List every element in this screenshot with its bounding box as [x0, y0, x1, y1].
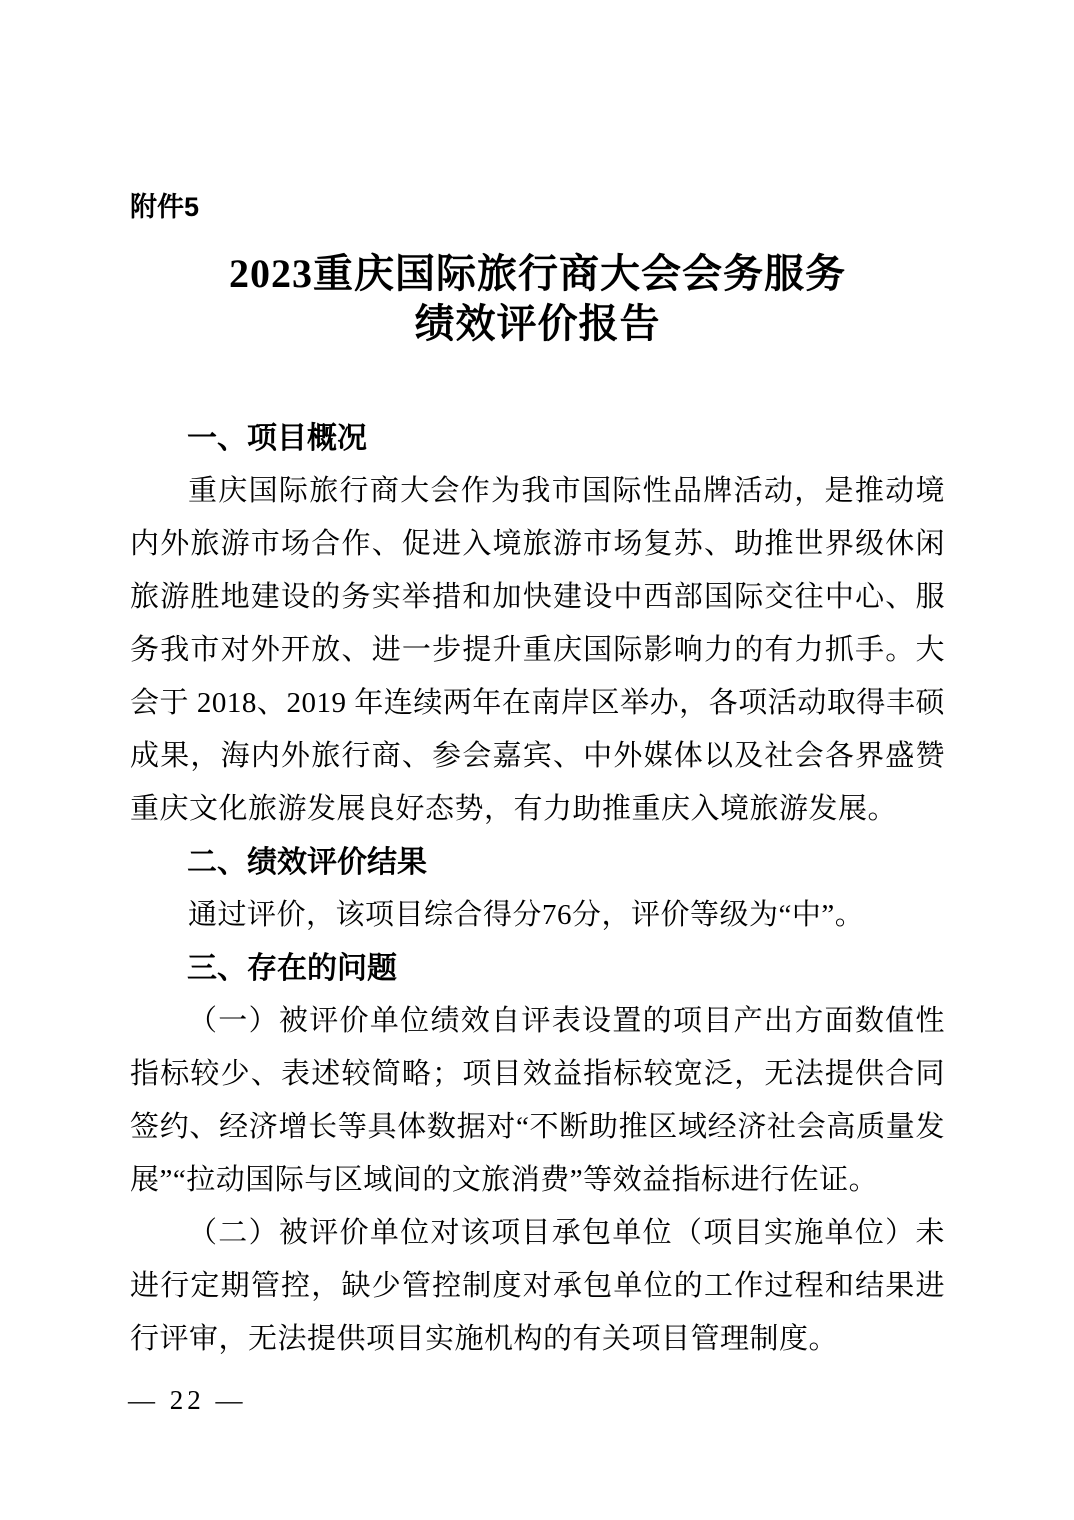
paragraph-problem-1: （一）被评价单位绩效自评表设置的项目产出方面数值性指标较少、表述较简略；项目效益…	[130, 995, 945, 1207]
paragraph-problem-2: （二）被评价单位对该项目承包单位（项目实施单位）未进行定期管控，缺少管控制度对承…	[130, 1207, 945, 1366]
document-title-line-2: 绩效评价报告	[130, 299, 945, 349]
document-page: 附件5 2023重庆国际旅行商大会会务服务 绩效评价报告 一、项目概况 重庆国际…	[0, 0, 1074, 1520]
page-number: — 22 —	[128, 1385, 247, 1416]
document-content: 附件5 2023重庆国际旅行商大会会务服务 绩效评价报告 一、项目概况 重庆国际…	[0, 0, 1074, 1366]
attachment-label: 附件5	[130, 193, 945, 221]
paragraph-evaluation-result: 通过评价，该项目综合得分76分，评价等级为“中”。	[130, 889, 945, 942]
document-title: 2023重庆国际旅行商大会会务服务 绩效评价报告	[130, 249, 945, 349]
section-heading-existing-problems: 三、存在的问题	[130, 942, 945, 995]
document-title-line-1: 2023重庆国际旅行商大会会务服务	[130, 249, 945, 299]
section-heading-evaluation-result: 二、绩效评价结果	[130, 836, 945, 889]
paragraph-project-overview: 重庆国际旅行商大会作为我市国际性品牌活动，是推动境内外旅游市场合作、促进入境旅游…	[130, 465, 945, 836]
section-heading-project-overview: 一、项目概况	[130, 412, 945, 465]
